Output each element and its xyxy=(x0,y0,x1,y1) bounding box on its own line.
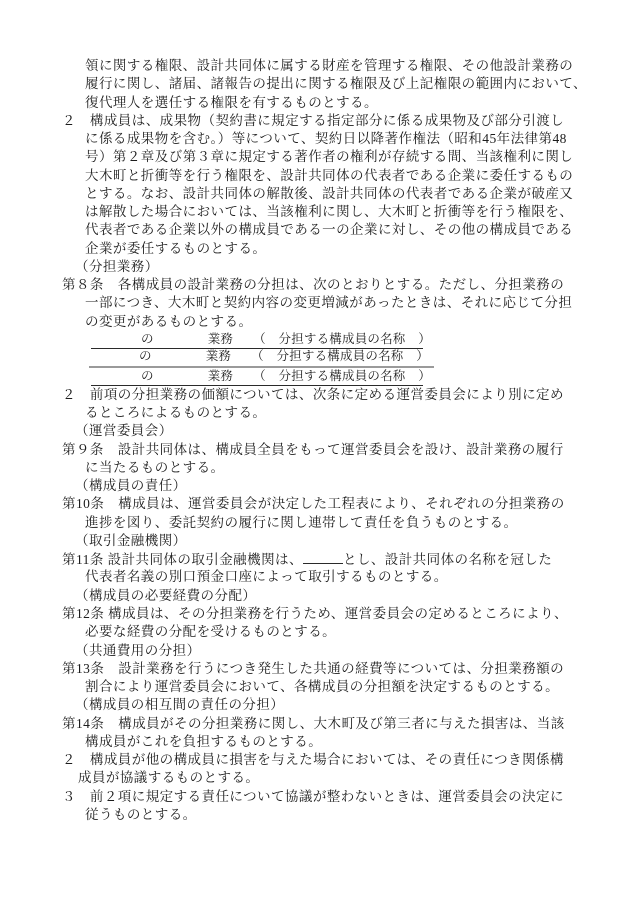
contract-text-line: 履行に関し、諸届、諸報告の提出に関する権限及び上記権限の範囲内において、 xyxy=(85,75,630,93)
blank-fill-row: の 業務 （ 分担する構成員の名称 ） xyxy=(91,368,423,386)
contract-text-line: 代表者である企業以外の構成員である一の企業に対し、その他の構成員である xyxy=(85,221,630,239)
contract-text-line: 従うものとする。 xyxy=(85,806,630,824)
article-opening-line: 第９条 設計共同体は、構成員全員をもって運営委員会を設け、設計業務の履行 xyxy=(62,441,630,459)
numbered-paragraph-line: ２ 前項の分担業務の価額については、次条に定める運営委員会により別に定め xyxy=(62,386,630,404)
contract-text-line: 成員が協議するものとする。 xyxy=(78,769,630,787)
contract-text-line: に当たるものとする。 xyxy=(85,459,630,477)
blank-underline-field xyxy=(303,550,343,564)
contract-text-line: に係る成果物を含む。）等について、契約日以降著作権法（昭和45年法律第48 xyxy=(85,130,630,148)
contract-text-line: 号）第２章及び第３章に規定する著作者の権利が存続する間、当該権利に関し xyxy=(85,148,630,166)
fill-row-work-label: 業務 xyxy=(208,330,233,348)
contract-text-line: の変更があるものとする。 xyxy=(85,313,630,331)
article-opening-line: 第８条 各構成員の設計業務の分担は、次のとおりとする。ただし、分担業務の xyxy=(62,276,630,294)
contract-text-line: 進捗を図り、委託契約の履行に関し連帯して責任を負うものとする。 xyxy=(85,514,630,532)
contract-text-line: は解散した場合においては、当該権利に関し、大木町と折衝等を行う権限を、 xyxy=(85,203,630,221)
clause-heading: （構成員の責任） xyxy=(75,477,630,495)
article11-text-before-blank: 第11条 設計共同体の取引金融機関は、 xyxy=(62,552,303,567)
clause-heading: （運営委員会） xyxy=(75,422,630,440)
contract-text-line: 企業が委任するものとする。 xyxy=(85,240,630,258)
fill-row-member-name-paren: （ 分担する構成員の名称 ） xyxy=(253,330,431,348)
contract-text-line: るところによるものとする。 xyxy=(85,404,630,422)
clause-heading: （構成員の相互間の責任の分担） xyxy=(75,696,630,714)
contract-text-line: 大木町と折衝等を行う権限を、設計共同体の代表者である企業に委任するもの xyxy=(85,167,630,185)
contract-text-line: 必要な経費の分配を受けるものとする。 xyxy=(85,623,630,641)
article11-text-after-blank: とし、設計共同体の名称を冠した xyxy=(343,552,552,567)
blank-fill-row: の 業務 （ 分担する構成員の名称 ） xyxy=(89,349,434,367)
numbered-paragraph-line: ２ 構成員が他の構成員に損害を与えた場合においては、その責任につき関係構 xyxy=(62,751,630,769)
fill-row-work-label: 業務 xyxy=(206,347,231,365)
article-opening-line: 第14条 構成員がその分担業務に関し、大木町及び第三者に与えた損害は、当該 xyxy=(62,715,630,733)
fill-row-work-label: 業務 xyxy=(208,367,233,385)
fill-row-member-name-paren: （ 分担する構成員の名称 ） xyxy=(251,347,429,365)
fill-row-particle: の xyxy=(141,367,154,385)
contract-text-block: 領に関する権限、設計共同体に属する財産を管理する権限、その他設計業務の 履行に関… xyxy=(0,0,630,824)
fill-row-particle: の xyxy=(141,330,154,348)
contract-text-line: とする。なお、設計共同体の解散後、設計共同体の代表者である企業が破産又 xyxy=(85,185,630,203)
contract-text-line: 復代理人を選任する権限を有するものとする。 xyxy=(85,94,630,112)
contract-text-line: 代表者名義の別口預金口座によって取引するものとする。 xyxy=(85,568,630,586)
article-opening-line: 第11条 設計共同体の取引金融機関は、とし、設計共同体の名称を冠した xyxy=(62,550,630,568)
article-opening-line: 第10条 構成員は、運営委員会が決定した工程表により、それぞれの分担業務の xyxy=(62,495,630,513)
clause-heading: （分担業務） xyxy=(75,258,630,276)
contract-text-line: 一部につき、大木町と契約内容の変更増減があったときは、それに応じて分担 xyxy=(85,294,630,312)
article-opening-line: 第13条 設計業務を行うにつき発生した共通の経費等については、分担業務額の xyxy=(62,660,630,678)
numbered-paragraph-line: ２ 構成員は、成果物（契約書に規定する指定部分に係る成果物及び部分引渡し xyxy=(62,112,630,130)
clause-heading: （取引金融機関） xyxy=(75,532,630,550)
contract-text-line: 領に関する権限、設計共同体に属する財産を管理する権限、その他設計業務の xyxy=(85,57,630,75)
clause-heading: （構成員の必要経費の分配） xyxy=(75,587,630,605)
contract-text-line: 構成員がこれを負担するものとする。 xyxy=(85,733,630,751)
contract-page: 領に関する権限、設計共同体に属する財産を管理する権限、その他設計業務の 履行に関… xyxy=(0,0,630,903)
clause-heading: （共通費用の分担） xyxy=(75,642,630,660)
article-opening-line: 第12条 構成員は、その分担業務を行うため、運営委員会の定めるところにより、 xyxy=(62,605,630,623)
contract-text-line: 割合により運営委員会において、各構成員の分担額を決定するものとする。 xyxy=(85,678,630,696)
numbered-paragraph-line: ３ 前２項に規定する責任について協議が整わないときは、運営委員会の決定に xyxy=(62,788,630,806)
fill-row-member-name-paren: （ 分担する構成員の名称 ） xyxy=(253,367,431,385)
fill-row-particle: の xyxy=(139,347,152,365)
